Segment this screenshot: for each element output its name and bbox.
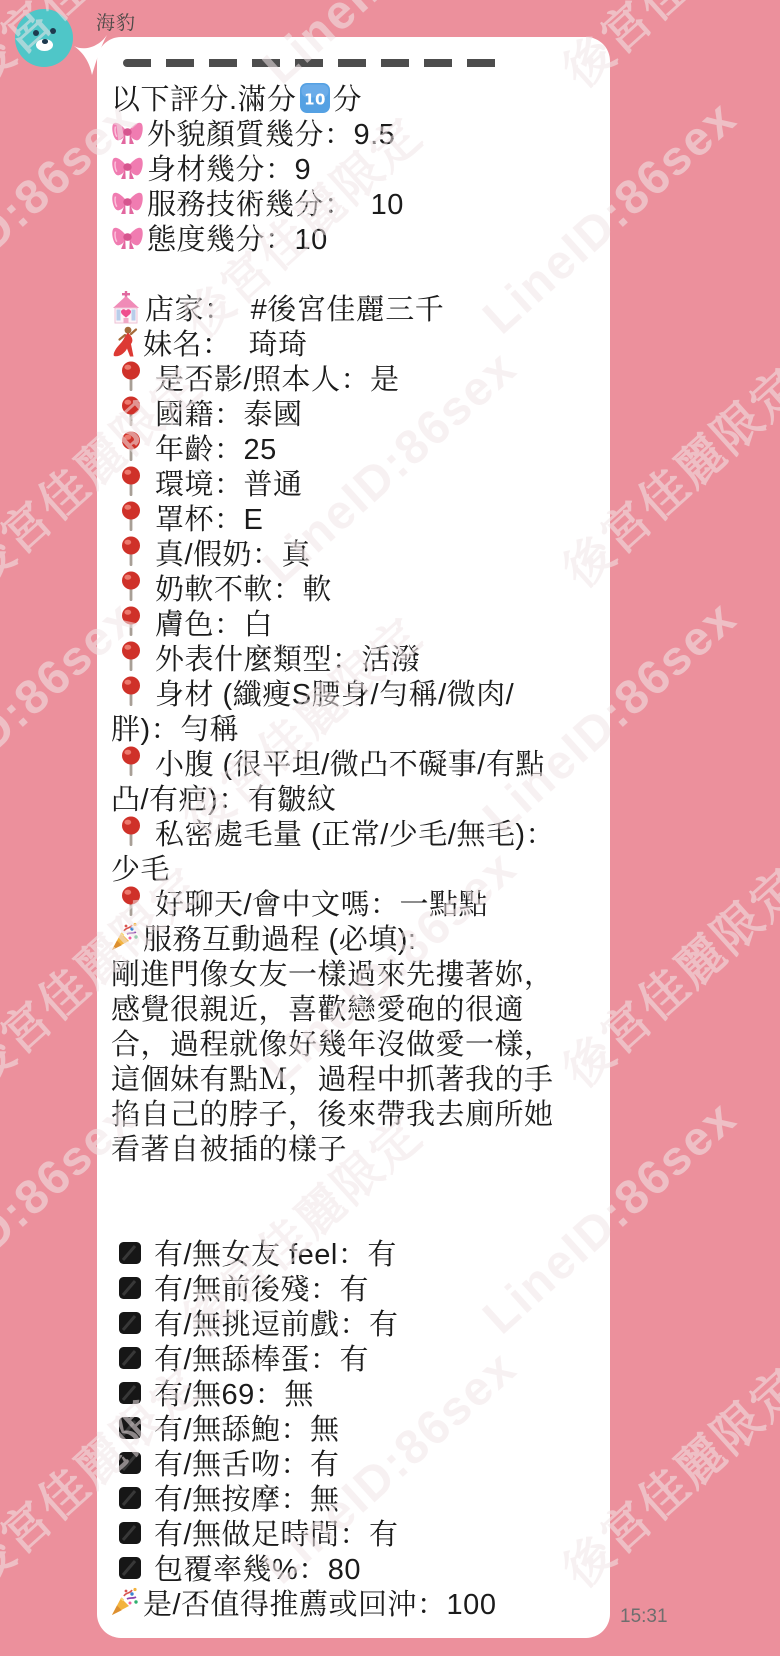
message-line: 有/無舔棒蛋：有 — [111, 1340, 610, 1375]
message-line: 妹名： 琦琦 — [111, 325, 610, 360]
bow-icon — [111, 225, 144, 250]
pin-icon — [121, 676, 141, 709]
message-line: 合，過程就像好幾年沒做愛一樣， — [111, 1025, 610, 1060]
message-line: 以下評分.滿分10分 — [111, 80, 610, 115]
message-line: 身材幾分：9 — [111, 150, 610, 185]
pin-icon — [121, 886, 141, 919]
ten-icon: 10 — [300, 83, 330, 113]
blank-line — [111, 255, 610, 290]
line-text: 私密處毛量 (正常/少毛/無毛)： — [155, 812, 555, 853]
message-line: 好聊天/會中文嗎：一點點 — [111, 885, 610, 920]
message-line: 胖)：勻稱 — [111, 710, 610, 745]
message-line: 有/無前後殘：有 — [111, 1270, 610, 1305]
bow-icon — [111, 155, 144, 180]
message-line: 態度幾分：10 — [111, 220, 610, 255]
pin-icon — [121, 746, 141, 779]
message-line: 服務技術幾分： 10 — [111, 185, 610, 220]
message-line: 店家： #後宮佳麗三千 — [111, 290, 610, 325]
message-line: 凸/有疤)：有皺紋 — [111, 780, 610, 815]
message-line: 少毛 — [111, 850, 610, 885]
pin-icon — [121, 641, 141, 674]
message-line: 包覆率幾%：80 — [111, 1550, 610, 1585]
message-line: 罩杯：E — [111, 500, 610, 535]
message-line: 有/無按摩：無 — [111, 1480, 610, 1515]
dashed-divider — [123, 59, 499, 67]
square-icon — [119, 1557, 141, 1579]
message-line: 有/無69：無 — [111, 1375, 610, 1410]
chapel-icon — [111, 291, 141, 324]
message-line: 奶軟不軟：軟 — [111, 570, 610, 605]
pin-icon — [121, 536, 141, 569]
avatar[interactable] — [15, 9, 73, 67]
line-text: 態度幾分：10 — [147, 217, 328, 258]
message-line: 環境：普通 — [111, 465, 610, 500]
avatar-muzzle — [36, 39, 53, 51]
message-line: 有/無挑逗前戲：有 — [111, 1305, 610, 1340]
square-icon — [119, 1277, 141, 1299]
pin-icon — [121, 571, 141, 604]
pin-icon — [121, 431, 141, 464]
message-line: 膚色：白 — [111, 605, 610, 640]
message-line: 有/無做足時間：有 — [111, 1515, 610, 1550]
square-icon — [119, 1312, 141, 1334]
message-line: 是否影/照本人：是 — [111, 360, 610, 395]
message-line: 外表什麼類型：活潑 — [111, 640, 610, 675]
avatar-eye — [33, 30, 39, 36]
pin-icon — [121, 396, 141, 429]
dancer-icon — [111, 326, 138, 359]
message-line: 剛進門像女友一樣過來先摟著妳， — [111, 955, 610, 990]
pin-icon — [121, 501, 141, 534]
message-lines: 以下評分.滿分10分外貌顏質幾分：9.5身材幾分：9服務技術幾分： 10態度幾分… — [111, 80, 610, 1620]
square-icon — [119, 1487, 141, 1509]
message-line: 私密處毛量 (正常/少毛/無毛)： — [111, 815, 610, 850]
square-icon — [119, 1417, 141, 1439]
party-icon — [109, 1587, 140, 1618]
message-line: 看著自被插的樣子 — [111, 1130, 610, 1165]
message-line: 服務互動過程 (必填): — [111, 920, 610, 955]
chat-screen: 海豹 以下評分.滿分10分外貌顏質幾分：9.5身材幾分：9服務技術幾分： 10態… — [0, 0, 780, 1656]
message-line: 身材 (纖瘦S腰身/勻稱/微肉/ — [111, 675, 610, 710]
line-text: 看著自被插的樣子 — [111, 1127, 347, 1168]
bow-icon — [111, 120, 144, 145]
party-icon — [109, 922, 140, 953]
pin-icon — [121, 606, 141, 639]
message-line: 掐自己的脖子，後來帶我去廁所她 — [111, 1095, 610, 1130]
square-icon — [119, 1522, 141, 1544]
message-line: 真/假奶：真 — [111, 535, 610, 570]
message-line: 國籍：泰國 — [111, 395, 610, 430]
timestamp: 15:31 — [620, 1606, 668, 1628]
blank-line — [111, 1200, 610, 1235]
message-line: 有/無女友 feel：有 — [111, 1235, 610, 1270]
svg-text:10: 10 — [304, 90, 326, 108]
message-line: 年齡：25 — [111, 430, 610, 465]
line-text: 是/否值得推薦或回沖：100 — [143, 1582, 496, 1623]
blank-line — [111, 1165, 610, 1200]
pin-icon — [121, 466, 141, 499]
pin-icon — [121, 816, 141, 849]
pin-icon — [121, 361, 141, 394]
square-icon — [119, 1242, 141, 1264]
avatar-eye — [50, 28, 56, 34]
sender-name: 海豹 — [96, 8, 136, 35]
message-line: 是/否值得推薦或回沖：100 — [111, 1585, 610, 1620]
bow-icon — [111, 190, 144, 215]
message-line: 小腹 (很平坦/微凸不礙事/有點 — [111, 745, 610, 780]
message-bubble[interactable]: 以下評分.滿分10分外貌顏質幾分：9.5身材幾分：9服務技術幾分： 10態度幾分… — [97, 37, 610, 1638]
square-icon — [119, 1347, 141, 1369]
square-icon — [119, 1452, 141, 1474]
message-line: 這個妹有點Ｍ，過程中抓著我的手 — [111, 1060, 610, 1095]
message-line: 有/無舌吻：有 — [111, 1445, 610, 1480]
message-line: 有/無舔鮑：無 — [111, 1410, 610, 1445]
message-line: 外貌顏質幾分：9.5 — [111, 115, 610, 150]
message-line: 感覺很親近，喜歡戀愛砲的很適 — [111, 990, 610, 1025]
square-icon — [119, 1382, 141, 1404]
